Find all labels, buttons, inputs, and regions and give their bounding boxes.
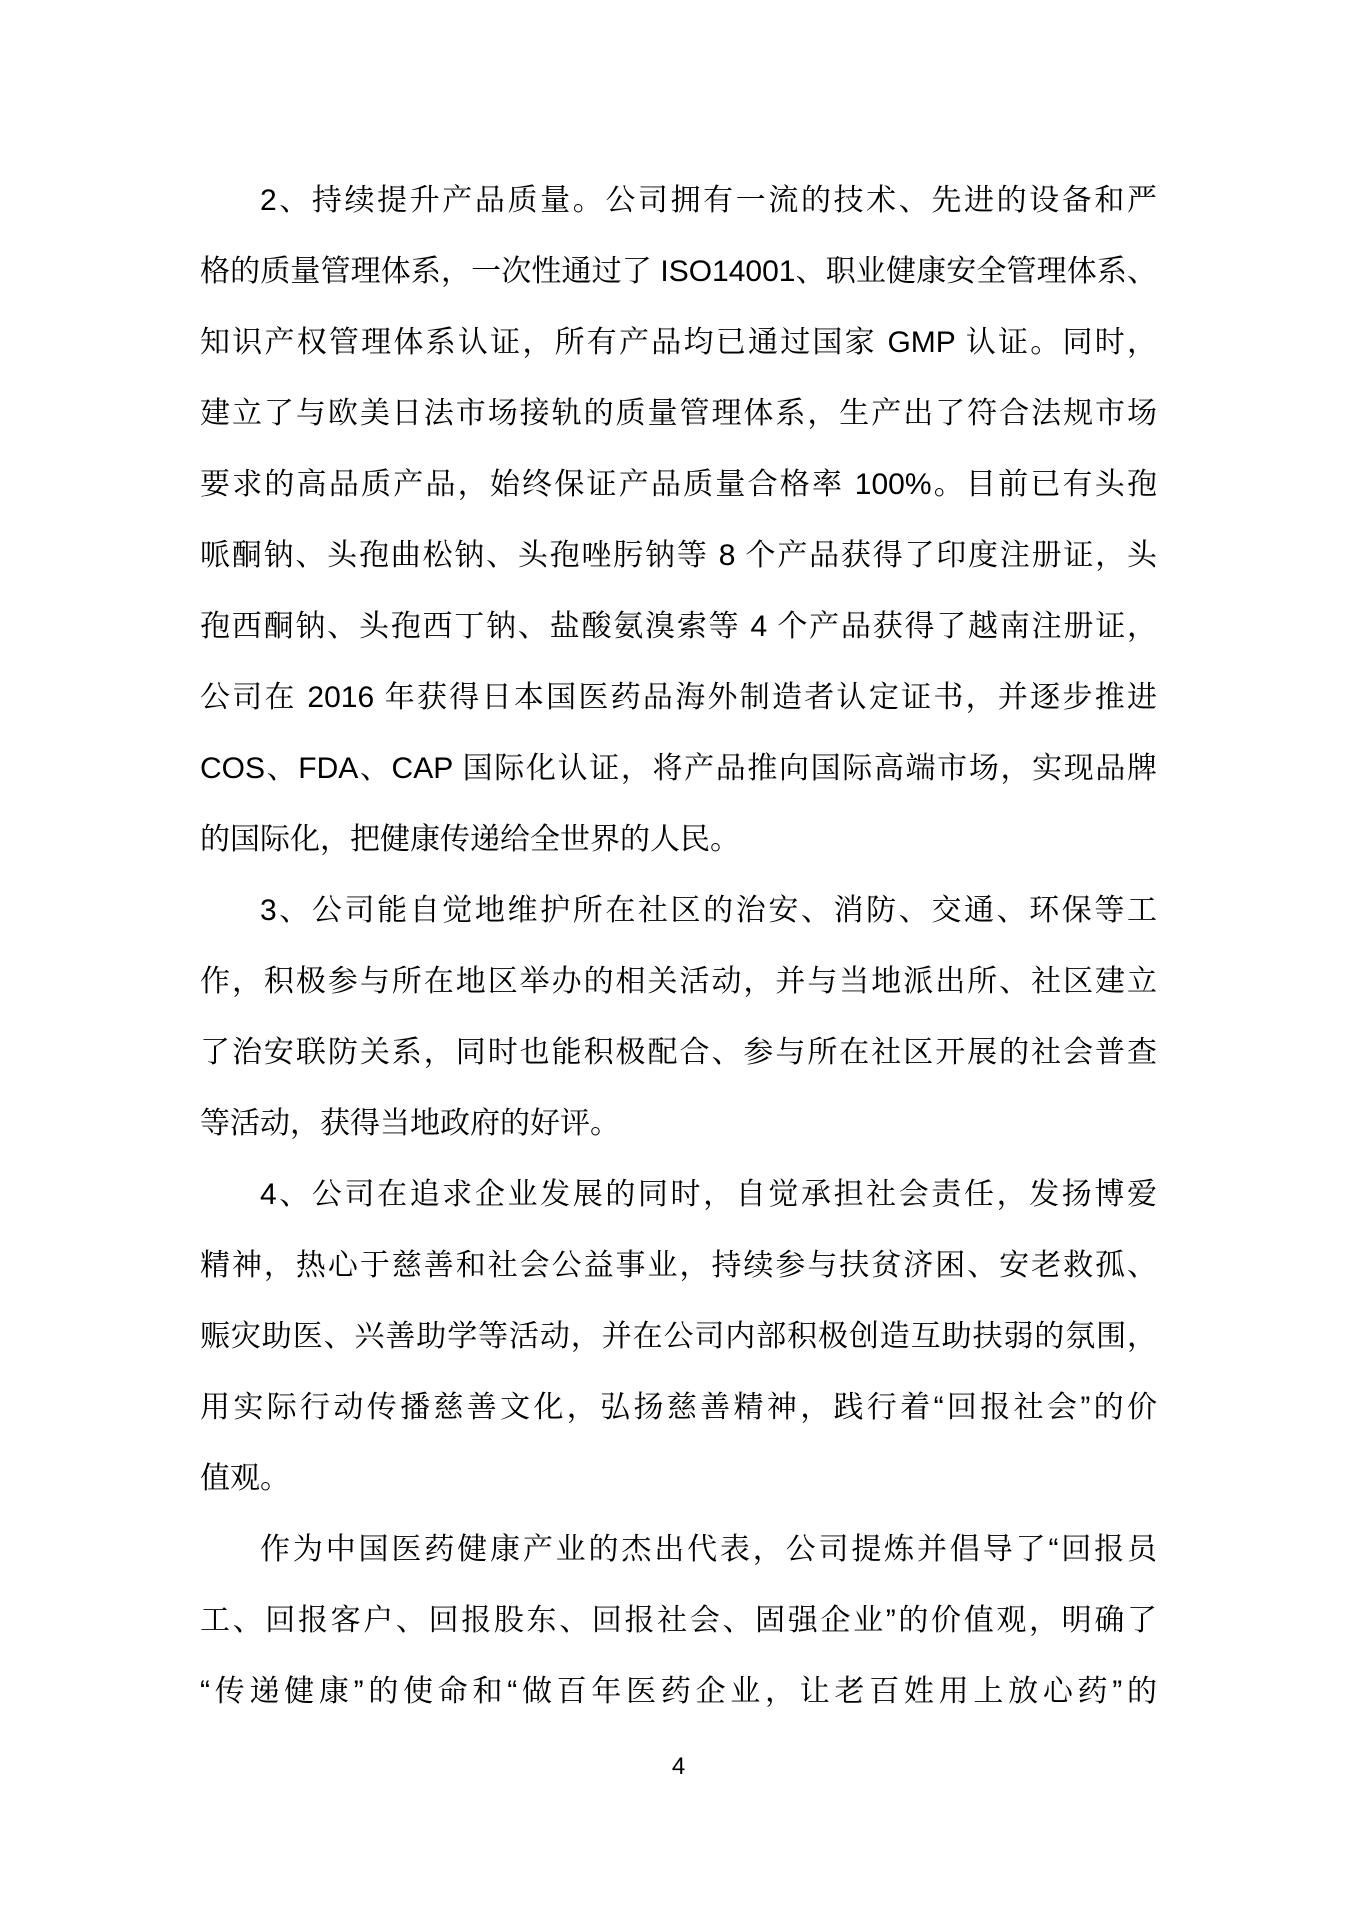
- text-line: 作为中国医药健康产业的杰出代表，公司提炼并倡导了“回报员: [200, 1514, 1157, 1585]
- document-body: 2、持续提升产品质量。公司拥有一流的技术、先进的设备和严格的质量管理体系，一次性…: [200, 165, 1157, 1727]
- text-line: 2、持续提升产品质量。公司拥有一流的技术、先进的设备和严: [200, 165, 1157, 236]
- text-line: 值观。: [200, 1443, 1157, 1514]
- text-line: 精神，热心于慈善和社会公益事业，持续参与扶贫济困、安老救孤、: [200, 1230, 1157, 1301]
- text-line: 建立了与欧美日法市场接轨的质量管理体系，生产出了符合法规市场: [200, 378, 1157, 449]
- text-line: 哌酮钠、头孢曲松钠、头孢唑肟钠等 8 个产品获得了印度注册证，头: [200, 520, 1157, 591]
- text-line: 的国际化，把健康传递给全世界的人民。: [200, 804, 1157, 875]
- page-number: 4: [672, 1753, 685, 1780]
- text-line: 知识产权管理体系认证，所有产品均已通过国家 GMP 认证。同时，: [200, 307, 1157, 378]
- page-footer: 4: [0, 1752, 1357, 1782]
- text-line: 等活动，获得当地政府的好评。: [200, 1088, 1157, 1159]
- text-line: 了治安联防关系，同时也能积极配合、参与所在社区开展的社会普查: [200, 1017, 1157, 1088]
- text-line: “传递健康”的使命和“做百年医药企业，让老百姓用上放心药”的: [200, 1656, 1157, 1727]
- text-line: 用实际行动传播慈善文化，弘扬慈善精神，践行着“回报社会”的价: [200, 1372, 1157, 1443]
- text-line: 4、公司在追求企业发展的同时，自觉承担社会责任，发扬博爱: [200, 1159, 1157, 1230]
- text-line: 孢西酮钠、头孢西丁钠、盐酸氨溴索等 4 个产品获得了越南注册证，: [200, 591, 1157, 662]
- text-line: 赈灾助医、兴善助学等活动，并在公司内部积极创造互助扶弱的氛围，: [200, 1301, 1157, 1372]
- text-line: 公司在 2016 年获得日本国医药品海外制造者认定证书，并逐步推进: [200, 662, 1157, 733]
- text-line: 作，积极参与所在地区举办的相关活动，并与当地派出所、社区建立: [200, 946, 1157, 1017]
- text-line: 工、回报客户、回报股东、回报社会、固强企业”的价值观，明确了: [200, 1585, 1157, 1656]
- text-line: 格的质量管理体系，一次性通过了 ISO14001、职业健康安全管理体系、: [200, 236, 1157, 307]
- text-line: 3、公司能自觉地维护所在社区的治安、消防、交通、环保等工: [200, 875, 1157, 946]
- text-line: 要求的高品质产品，始终保证产品质量合格率 100%。目前已有头孢: [200, 449, 1157, 520]
- text-line: COS、FDA、CAP 国际化认证，将产品推向国际高端市场，实现品牌: [200, 733, 1157, 804]
- document-page: 2、持续提升产品质量。公司拥有一流的技术、先进的设备和严格的质量管理体系，一次性…: [0, 0, 1357, 1920]
